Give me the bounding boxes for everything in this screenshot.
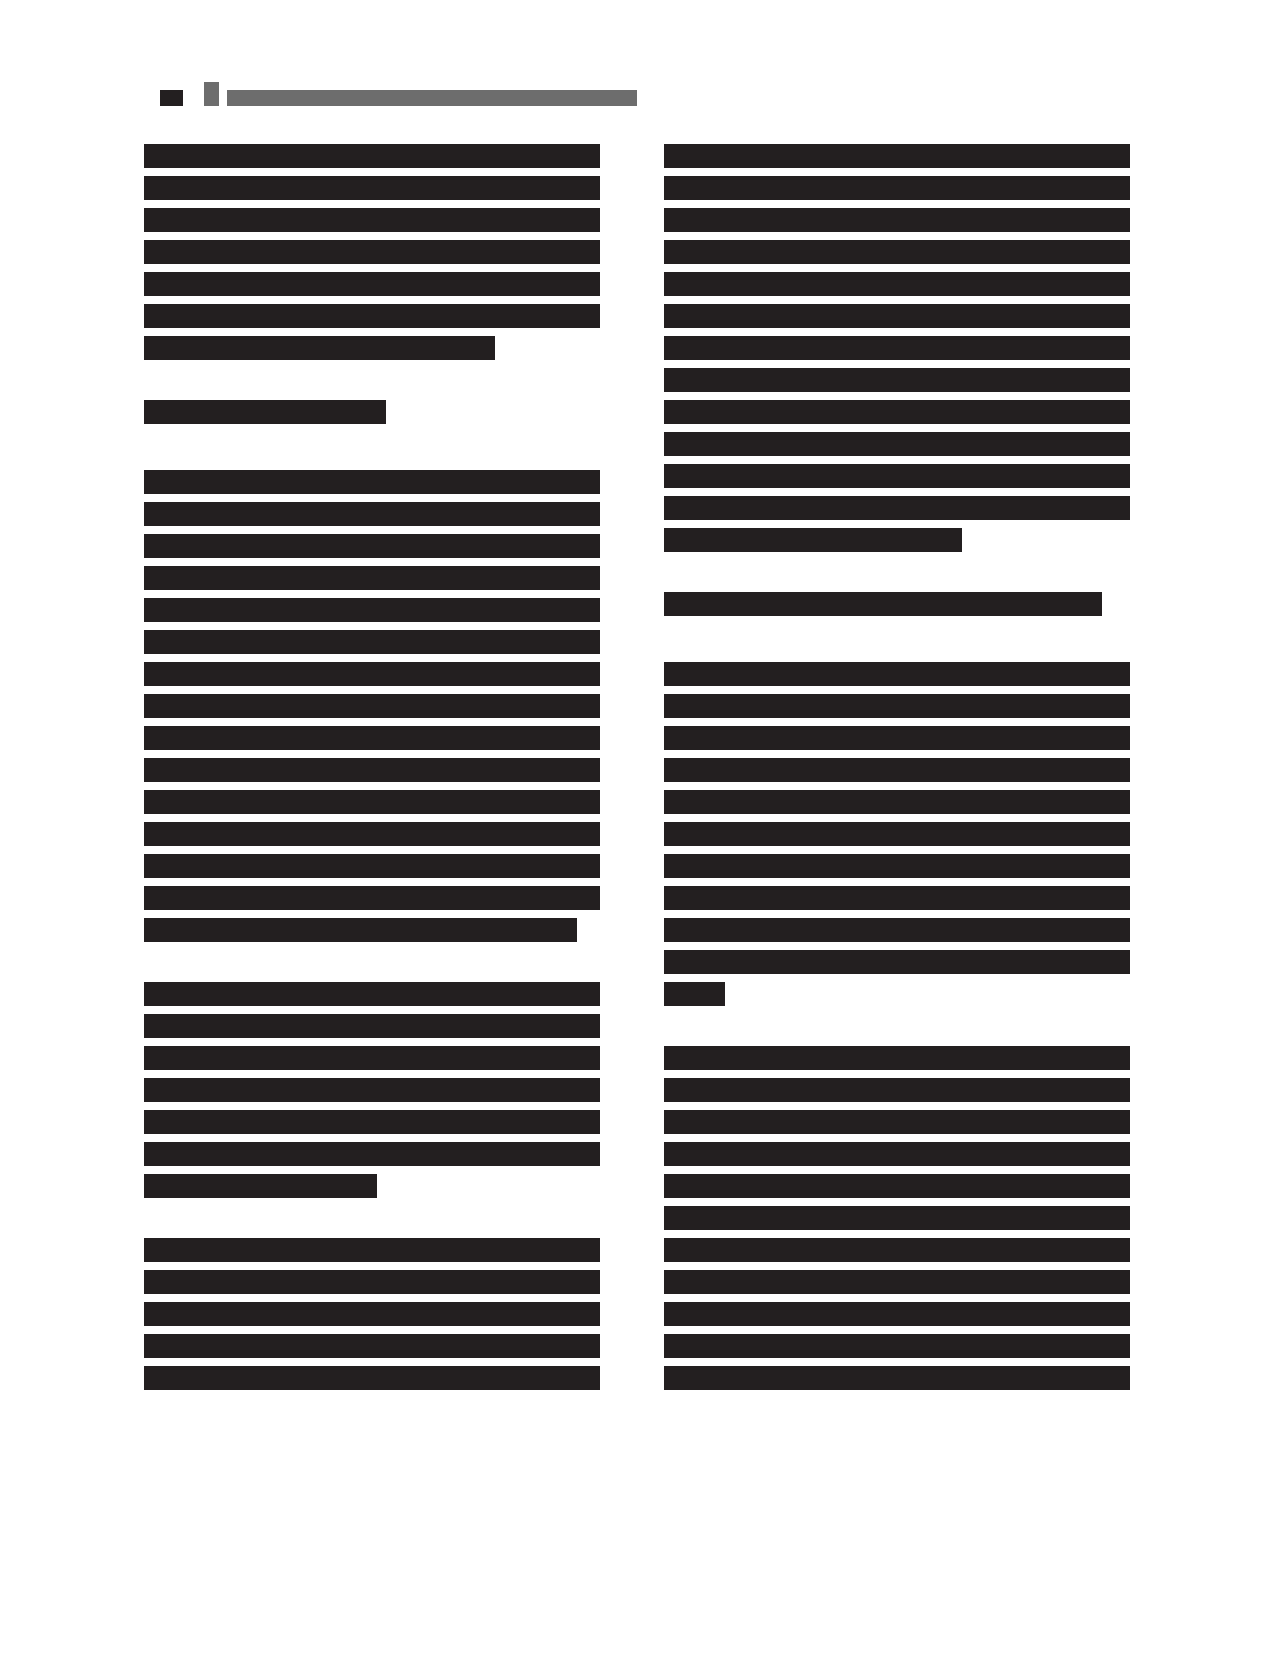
redacted-text-line xyxy=(144,662,600,686)
redacted-text-line xyxy=(664,208,1130,232)
redacted-text-line xyxy=(664,950,1130,974)
paragraph: [redacted] xyxy=(664,1046,1130,1390)
section-heading: [redacted] xyxy=(664,592,1130,616)
redacted-text-line xyxy=(664,1366,1130,1390)
redacted-text-line xyxy=(144,854,600,878)
redacted-text-line xyxy=(664,1334,1130,1358)
redacted-text-line xyxy=(144,1046,600,1070)
redacted-text-line xyxy=(144,208,600,232)
redacted-text-line xyxy=(144,400,386,424)
paragraph: [redacted] xyxy=(664,662,1130,1006)
redacted-text-line xyxy=(144,822,600,846)
paragraph: [redacted] xyxy=(664,144,1130,552)
section-heading: [redacted] xyxy=(144,400,600,424)
redacted-text-line xyxy=(144,534,600,558)
redacted-text-line xyxy=(144,1014,600,1038)
redacted-text-line xyxy=(664,662,1130,686)
running-head-marker xyxy=(204,82,219,106)
redacted-text-line xyxy=(664,368,1130,392)
redacted-text-line xyxy=(144,982,600,1006)
redacted-text-line xyxy=(144,502,600,526)
redacted-text-line xyxy=(144,176,600,200)
redacted-text-line xyxy=(664,400,1130,424)
redacted-text-line xyxy=(664,822,1130,846)
redacted-text-line xyxy=(144,1174,377,1198)
redacted-text-line xyxy=(144,598,600,622)
redacted-text-line xyxy=(144,1302,600,1326)
redacted-text-line xyxy=(664,1270,1130,1294)
redacted-text-line xyxy=(144,1078,600,1102)
redacted-text-line xyxy=(664,176,1130,200)
redacted-text-line xyxy=(144,694,600,718)
redacted-text-line xyxy=(144,918,577,942)
redacted-text-line xyxy=(664,1206,1130,1230)
redacted-text-line xyxy=(664,1078,1130,1102)
redacted-text-line xyxy=(664,726,1130,750)
redacted-text-line xyxy=(664,1046,1130,1070)
paragraph: [redacted] xyxy=(144,1238,600,1390)
redacted-text-line xyxy=(664,918,1130,942)
redacted-text-line xyxy=(664,592,1102,616)
page-number: [redacted] xyxy=(160,90,183,106)
redacted-text-line xyxy=(664,790,1130,814)
redacted-text-line xyxy=(144,886,600,910)
paragraph: [redacted] xyxy=(144,144,600,360)
redacted-text-line xyxy=(144,790,600,814)
redacted-text-line xyxy=(144,726,600,750)
redacted-text-line xyxy=(664,1174,1130,1198)
redacted-text-line xyxy=(664,1302,1130,1326)
redacted-text-line xyxy=(664,496,1130,520)
redacted-text-line xyxy=(664,1142,1130,1166)
redacted-text-line xyxy=(664,1238,1130,1262)
redacted-text-line xyxy=(144,144,600,168)
redacted-text-line xyxy=(144,1270,600,1294)
redacted-text-line xyxy=(144,1110,600,1134)
redacted-text-line xyxy=(664,886,1130,910)
redacted-text-line xyxy=(144,758,600,782)
redacted-text-line xyxy=(144,304,600,328)
redacted-text-line xyxy=(144,272,600,296)
redacted-text-line xyxy=(144,1142,600,1166)
paragraph: [redacted] xyxy=(144,470,600,942)
redacted-text-line xyxy=(664,240,1130,264)
redacted-text-line xyxy=(664,854,1130,878)
redacted-text-line xyxy=(664,144,1130,168)
redacted-text-line xyxy=(144,240,600,264)
redacted-text-line xyxy=(664,758,1130,782)
redacted-text-line xyxy=(664,464,1130,488)
redacted-text-line xyxy=(664,694,1130,718)
redacted-text-line xyxy=(664,528,962,552)
paragraph: [redacted] xyxy=(144,982,600,1198)
redacted-text-line xyxy=(664,1110,1130,1134)
right-column: [redacted][redacted][redacted][redacted] xyxy=(664,144,1130,1430)
redacted-text-line xyxy=(144,630,600,654)
redacted-text-line xyxy=(664,982,725,1006)
redacted-text-line xyxy=(664,336,1130,360)
redacted-text-line xyxy=(144,336,495,360)
redacted-text-line xyxy=(144,566,600,590)
redacted-text-line xyxy=(144,470,600,494)
running-head-title: [redacted] xyxy=(227,90,637,106)
redacted-text-line xyxy=(664,432,1130,456)
redacted-text-line xyxy=(144,1366,600,1390)
redacted-text-line xyxy=(664,272,1130,296)
redacted-text-line xyxy=(144,1334,600,1358)
left-column: [redacted][redacted][redacted][redacted]… xyxy=(144,144,600,1430)
redacted-text-line xyxy=(144,1238,600,1262)
redacted-text-line xyxy=(664,304,1130,328)
